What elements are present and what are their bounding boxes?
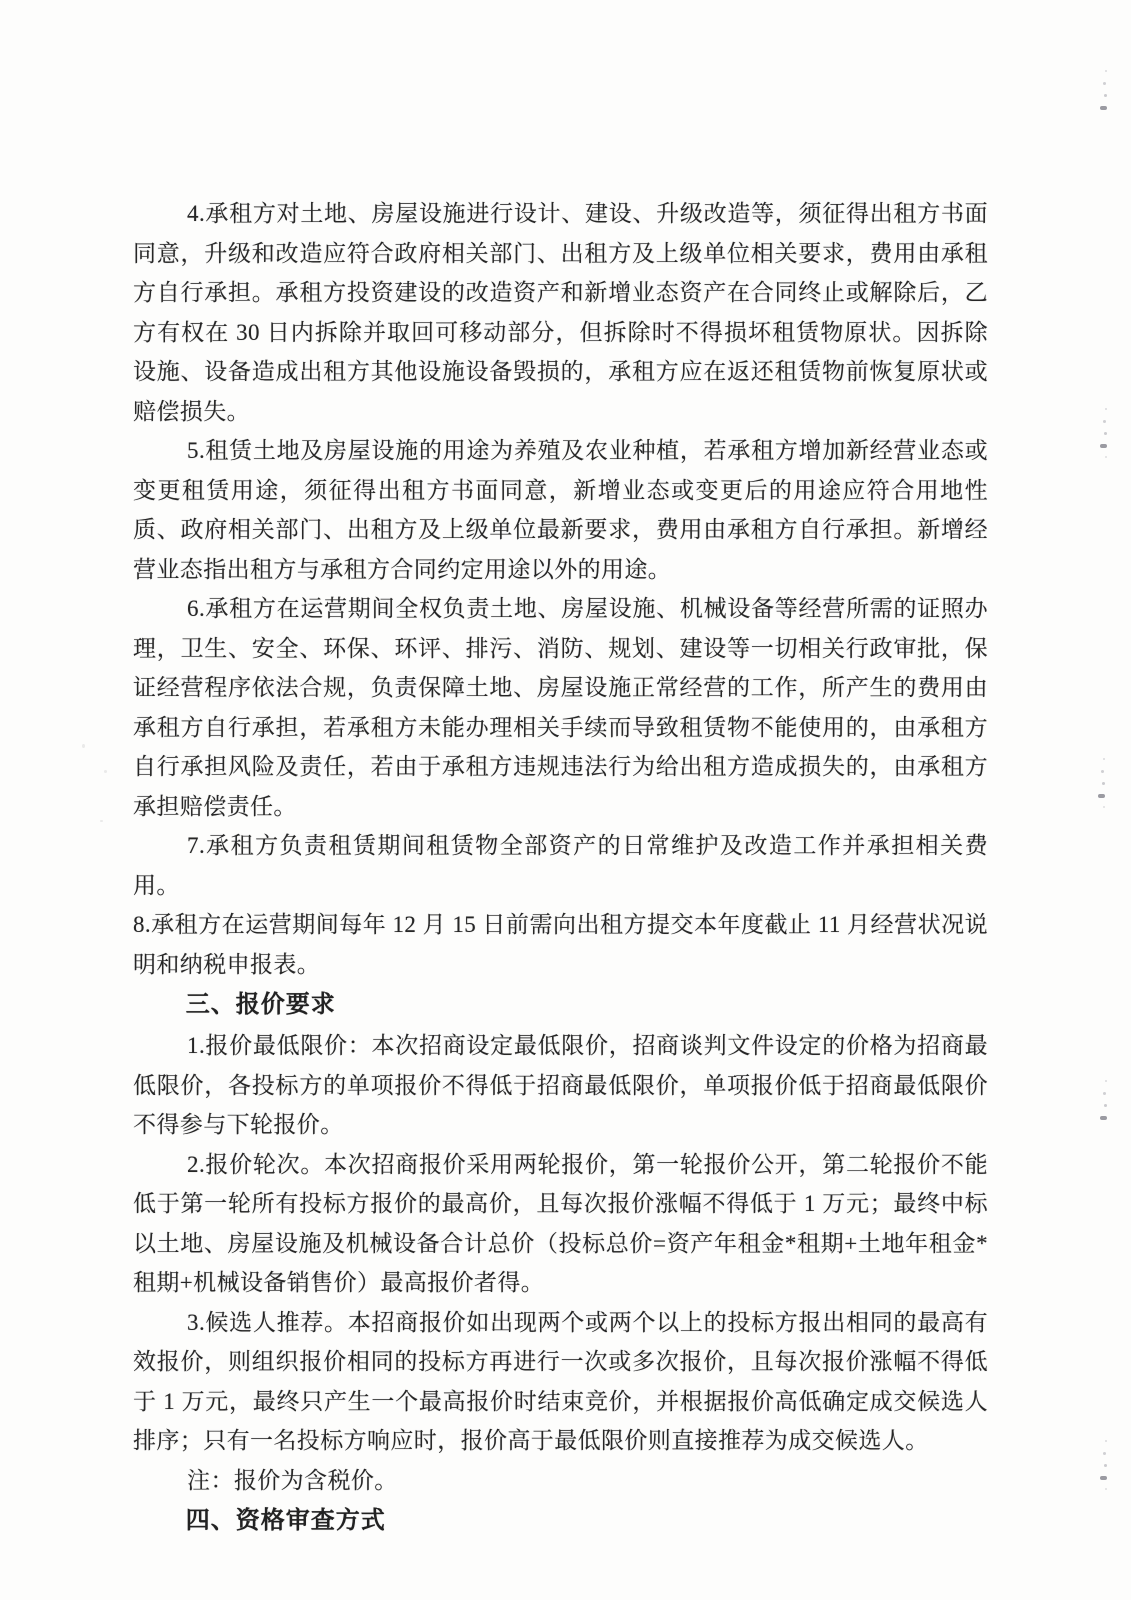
document-text-block: 4.承租方对土地、房屋设施进行设计、建设、升级改造等，须征得出租方书面同意，升级…: [133, 194, 988, 1541]
scan-artifact: [82, 744, 85, 748]
section-heading-quotation-requirements: 三、报价要求: [133, 985, 988, 1025]
document-page: 4.承租方对土地、房屋设施进行设计、建设、升级改造等，须征得出租方书面同意，升级…: [0, 0, 1131, 1600]
paragraph-note-tax-inclusive: 注：报价为含税价。: [133, 1461, 988, 1501]
paragraph-clause-6: 6.承租方在运营期间全权负责土地、房屋设施、机械设备等经营所需的证照办理，卫生、…: [133, 589, 988, 826]
paragraph-clause-7: 7.承租方负责租赁期间租赁物全部资产的日常维护及改造工作并承担相关费用。: [133, 826, 988, 905]
paragraph-quote-rule-3: 3.候选人推荐。本招商报价如出现两个或两个以上的投标方报出相同的最高有效报价，则…: [133, 1303, 988, 1461]
paragraph-clause-8: 8.承租方在运营期间每年 12 月 15 日前需向出租方提交本年度截止 11 月…: [133, 905, 988, 984]
paragraph-quote-rule-1: 1.报价最低限价：本次招商设定最低限价，招商谈判文件设定的价格为招商最低限价，各…: [133, 1026, 988, 1145]
section-heading-qualification-review: 四、资格审查方式: [133, 1501, 988, 1541]
paragraph-quote-rule-2: 2.报价轮次。本次招商报价采用两轮报价，第一轮报价公开，第二轮报价不能低于第一轮…: [133, 1145, 988, 1303]
paragraph-clause-5: 5.租赁土地及房屋设施的用途为养殖及农业种植，若承租方增加新经营业态或变更租赁用…: [133, 431, 988, 589]
paragraph-clause-4: 4.承租方对土地、房屋设施进行设计、建设、升级改造等，须征得出租方书面同意，升级…: [133, 194, 988, 431]
scan-artifact: [104, 770, 107, 773]
scan-artifact: [100, 820, 103, 822]
